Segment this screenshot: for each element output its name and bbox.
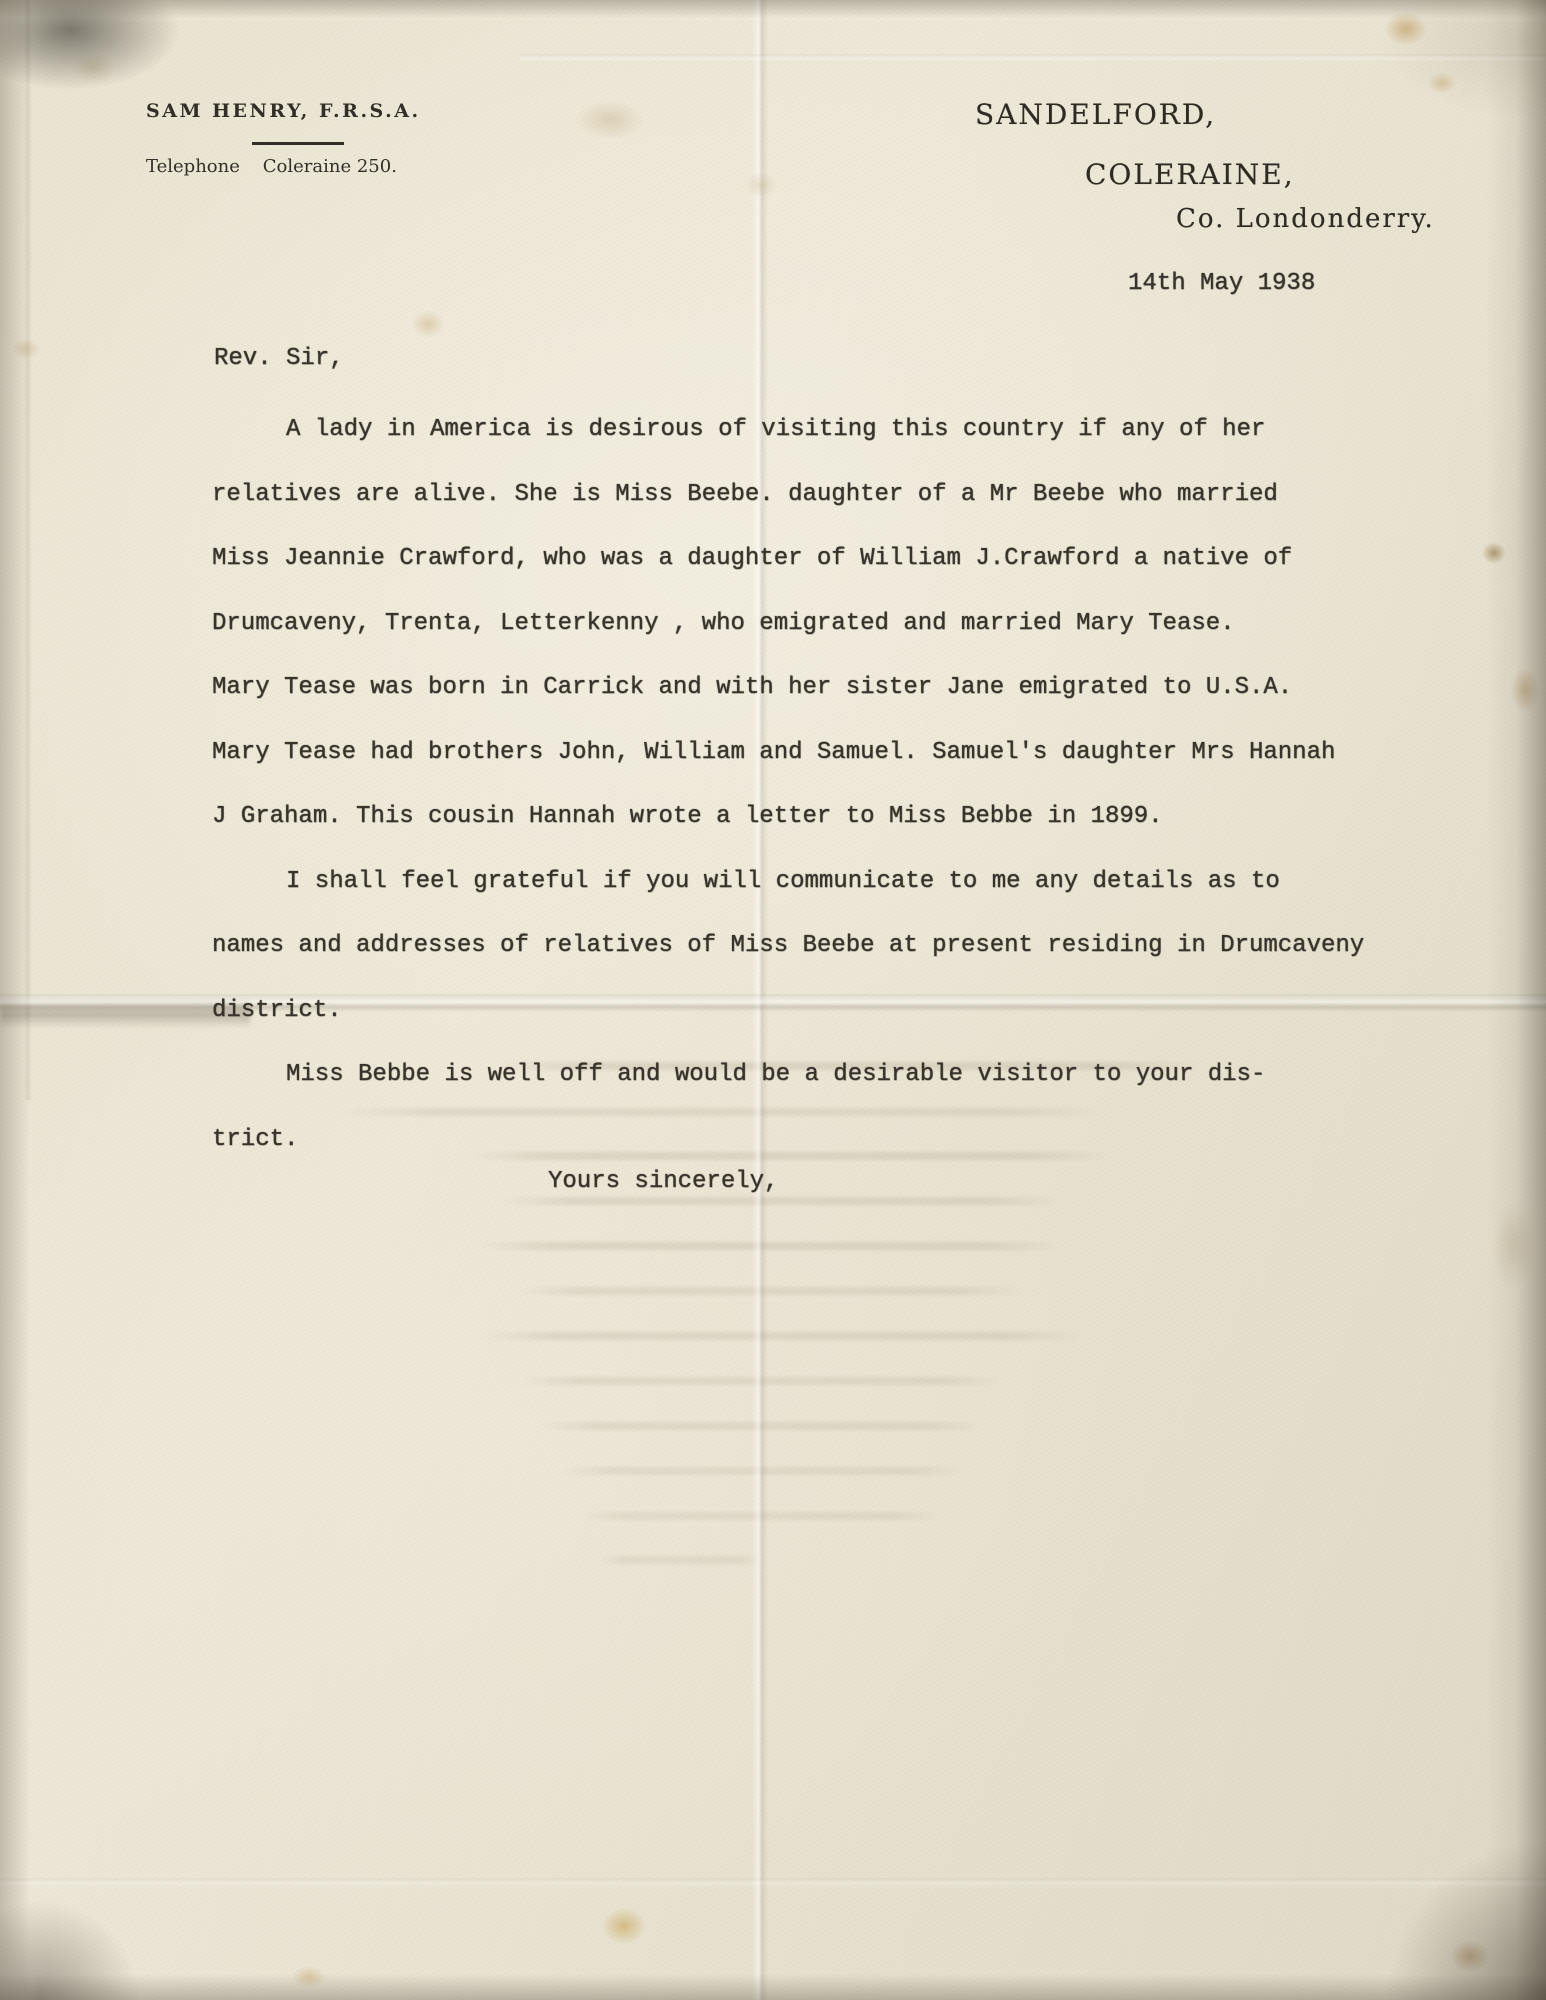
salutation: Rev. Sir,	[214, 345, 344, 372]
scanned-letter-page: SAM HENRY, F.R.S.A. Telephone Coleraine …	[0, 0, 1546, 2000]
body-line: A lady in America is desirous of visitin…	[212, 398, 1392, 463]
body-line: Miss Bebbe is well off and would be a de…	[212, 1043, 1392, 1108]
body-line: trict.	[212, 1108, 1392, 1173]
body-line: Mary Tease was born in Carrick and with …	[212, 656, 1392, 721]
body-line: names and addresses of relatives of Miss…	[212, 914, 1392, 979]
letter-body: A lady in America is desirous of visitin…	[212, 398, 1392, 1172]
body-line: I shall feel grateful if you will commun…	[212, 850, 1392, 915]
closing: Yours sincerely,	[548, 1168, 778, 1195]
body-line: district.	[212, 979, 1392, 1044]
body-line: J Graham. This cousin Hannah wrote a let…	[212, 785, 1392, 850]
address-line-2: COLERAINE,	[1085, 158, 1295, 191]
letterhead-divider	[252, 142, 344, 145]
fold-crease-bottom	[0, 1878, 1546, 1888]
body-line: Miss Jeannie Crawford, who was a daughte…	[212, 527, 1392, 592]
address-line-3: Co. Londonderry.	[1176, 204, 1435, 234]
body-line: Drumcaveny, Trenta, Letterkenny , who em…	[212, 592, 1392, 657]
sender-name: SAM HENRY, F.R.S.A.	[146, 100, 421, 122]
fold-crease-top	[520, 54, 1546, 62]
body-line: Mary Tease had brothers John, William an…	[212, 721, 1392, 786]
address-line-1: SANDELFORD,	[975, 98, 1216, 131]
letter-date: 14th May 1938	[1128, 270, 1315, 297]
body-line: relatives are alive. She is Miss Beebe. …	[212, 463, 1392, 528]
sender-telephone: Telephone Coleraine 250.	[146, 156, 397, 177]
fold-crease-left-edge	[24, 0, 32, 1100]
